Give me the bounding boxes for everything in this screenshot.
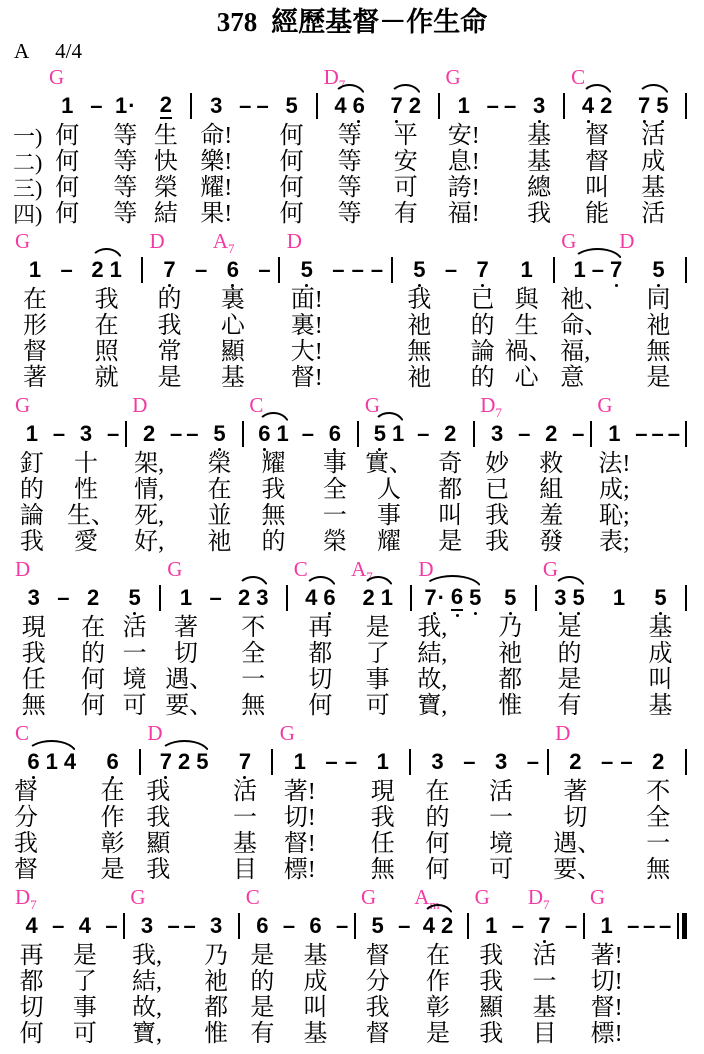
- lyric-char: [350, 996, 359, 1022]
- dash-rest: –: [512, 915, 524, 937]
- lyric-char: 我: [145, 806, 223, 832]
- note-digit: 3: [77, 423, 95, 445]
- lyric-char: [207, 616, 225, 642]
- note-slot: 35: [541, 580, 598, 616]
- note-group: 7: [236, 751, 254, 773]
- lyric-char: [235, 944, 244, 970]
- dash-column: –: [300, 392, 316, 556]
- note-slot: 3: [519, 88, 560, 124]
- lyric-char: [168, 478, 184, 504]
- note-column: 3活一境可: [479, 720, 523, 884]
- note-group: 2: [441, 423, 459, 445]
- lyric-char: [673, 1022, 691, 1048]
- lyric-char: [312, 176, 322, 202]
- chord-slot: [348, 228, 367, 252]
- lyric-char: [350, 970, 359, 996]
- lyric-char: 是: [431, 530, 469, 556]
- chord-slot: [559, 64, 569, 88]
- lyric-char: [406, 616, 416, 642]
- note-group: 6: [224, 259, 242, 281]
- note-slot: 2: [72, 580, 114, 616]
- chord-label: D: [150, 230, 165, 252]
- chord-slot: D: [148, 228, 192, 252]
- chord-slot: [184, 392, 200, 416]
- lyric-char: [186, 124, 196, 150]
- barline-column: [238, 392, 247, 556]
- lyric-char: 著!: [588, 944, 625, 970]
- lyric-char: [579, 944, 588, 970]
- lyric-char: 無: [13, 694, 55, 720]
- lyric-char: [137, 314, 148, 340]
- lyric-char: [367, 340, 386, 366]
- note-column: G35是的是有: [541, 556, 598, 720]
- note-column: 23不全一無: [225, 556, 282, 720]
- note-slot: 72: [378, 88, 434, 124]
- lyric-char: [682, 478, 691, 504]
- note-slot: [680, 252, 691, 288]
- lyric-char: [405, 780, 416, 806]
- dash-column: –: [441, 228, 460, 392]
- barline-column: [549, 228, 560, 392]
- barline: [409, 749, 411, 775]
- chord-slot: [166, 884, 182, 908]
- barline-column: [387, 228, 398, 392]
- note-slot: [137, 252, 148, 288]
- note-digit: 7: [535, 915, 553, 937]
- chord-slot: [88, 64, 105, 88]
- dash-rest: –: [239, 95, 251, 117]
- lyric-char: [549, 314, 560, 340]
- note-slot: 1: [443, 88, 484, 124]
- barline-column: [354, 392, 363, 556]
- lyric-char: 的: [148, 288, 192, 314]
- lyric-char: [274, 366, 285, 392]
- dash-rest: –: [627, 915, 639, 937]
- note-slot: [135, 744, 146, 780]
- dash-rest: –: [332, 259, 344, 281]
- note-slot: 5: [271, 88, 312, 124]
- lyric-char: 的: [541, 642, 598, 668]
- note-digit: 1: [23, 423, 41, 445]
- note-group: 72: [387, 95, 424, 117]
- note-slot: [680, 744, 691, 780]
- note-group: 6: [306, 915, 324, 937]
- lyric-char: 有: [378, 202, 434, 228]
- barline: [685, 257, 687, 283]
- note-group: 7·65: [421, 586, 484, 611]
- dash-column: –: [367, 228, 386, 392]
- chord-slot: [681, 64, 691, 88]
- dash-rest: –: [257, 95, 269, 117]
- barline: [391, 257, 393, 283]
- note-column: 1: [598, 556, 640, 720]
- lyric-char: 祂: [201, 530, 239, 556]
- note-column: C614督分我督: [13, 720, 91, 884]
- lyric-char: 息!: [443, 150, 484, 176]
- note-slot: –: [501, 88, 518, 124]
- lyric-char: [235, 1022, 244, 1048]
- note-column: 5我祂無祂: [397, 228, 441, 392]
- lyric-char: 人: [363, 478, 415, 504]
- chord-slot: [570, 392, 586, 416]
- lyric-char: [650, 478, 666, 504]
- dash-column: –: [570, 392, 586, 556]
- note-slot: [464, 908, 473, 944]
- note-digit: 3: [530, 95, 548, 117]
- lyric-char: 結: [146, 202, 187, 228]
- lyric-char: [387, 366, 398, 392]
- chord-slot: [274, 228, 285, 252]
- chord-slot: [563, 884, 579, 908]
- note-slot: 3: [198, 908, 235, 944]
- dash-rest: –: [463, 751, 475, 773]
- lyric-char: [238, 504, 247, 530]
- lyric-char: 命!: [196, 124, 237, 150]
- lyric-char: 活: [114, 616, 156, 642]
- note-column: D77活一基目: [526, 884, 563, 1048]
- note-slot: –: [441, 252, 460, 288]
- note-digit: 2: [157, 94, 175, 119]
- dash-column: –: [641, 884, 657, 1048]
- lyric-char: 不: [225, 616, 282, 642]
- chord-slot: [121, 392, 130, 416]
- chord-slot: [322, 720, 341, 744]
- lyric-char: 一: [526, 970, 563, 996]
- lyric-char: 我: [148, 314, 192, 340]
- note-slot: [682, 416, 691, 452]
- note-digit: 7: [157, 751, 175, 773]
- dash-rest: –: [336, 915, 348, 937]
- barline: [685, 421, 687, 447]
- note-column: D2著切遇、要、: [553, 720, 597, 884]
- lyric-char: [334, 996, 350, 1022]
- lyric-char: 裏: [211, 288, 255, 314]
- lyric-char: [406, 694, 416, 720]
- lyric-char: 大!: [285, 340, 329, 366]
- chord-slot: [135, 720, 146, 744]
- barline-column: [119, 884, 128, 1048]
- lyric-char: 有: [244, 1022, 281, 1048]
- lyric-char: 境: [114, 668, 156, 694]
- chord-slot: [415, 720, 459, 744]
- note-digit: 5: [210, 423, 228, 445]
- lyric-char: [105, 452, 121, 478]
- chord-slot: A7: [211, 228, 255, 252]
- barline-column: [680, 720, 691, 884]
- note-column: 6事全一榮: [316, 392, 354, 556]
- lyric-char: 切: [13, 996, 50, 1022]
- note-digit: 5: [570, 587, 588, 609]
- chord-slot: [636, 228, 680, 252]
- lyric-char: [543, 832, 554, 858]
- lyric-char: 何: [271, 202, 312, 228]
- note-slot: –: [396, 908, 412, 944]
- barline-column: [559, 64, 569, 228]
- chord-slot: [397, 228, 441, 252]
- lyric-char: [312, 150, 322, 176]
- lyric-char: [415, 530, 431, 556]
- lyric-char: [237, 124, 254, 150]
- note-slot: –: [625, 908, 641, 944]
- note-slot: 1: [473, 908, 510, 944]
- chord-slot: [680, 720, 691, 744]
- lyric-char: [235, 970, 244, 996]
- lyric-char: [657, 970, 673, 996]
- lyric-char: 一): [13, 124, 47, 150]
- lyrics-prefix-column: 一)二)三)四): [13, 64, 47, 228]
- lyric-char: [586, 478, 595, 504]
- dash-rest: –: [283, 915, 295, 937]
- note-group: 3: [207, 915, 225, 937]
- lyric-char: [192, 288, 211, 314]
- note-column: 2不全一無: [636, 720, 680, 884]
- note-slot: 5: [640, 580, 682, 616]
- note-group: 1: [482, 915, 500, 937]
- lyric-char: [354, 478, 363, 504]
- note-group: 6: [103, 751, 121, 773]
- lyric-char: [464, 944, 473, 970]
- barline: [563, 93, 565, 119]
- lyric-char: 目: [223, 858, 267, 884]
- lyric-char: [510, 1022, 526, 1048]
- lyric-char: 我: [397, 288, 441, 314]
- note-slot: –: [105, 416, 121, 452]
- note-group: 3: [428, 751, 446, 773]
- barline: [685, 749, 687, 775]
- lyric-char: [334, 944, 350, 970]
- lyric-char: [334, 1022, 350, 1048]
- lyric-char: [464, 996, 473, 1022]
- octave-dot: [456, 614, 459, 617]
- lyric-char: [666, 504, 682, 530]
- lyric-char: [673, 970, 691, 996]
- note-slot: 1: [13, 416, 51, 452]
- chord-slot: D7: [13, 884, 50, 908]
- note-column: 1與生禍、心: [505, 228, 549, 392]
- lyric-char: [207, 668, 225, 694]
- chord-slot: [329, 228, 348, 252]
- lyric-char: 督!: [588, 996, 625, 1022]
- lyric-char: [516, 504, 532, 530]
- lyric-char: 能: [569, 202, 625, 228]
- note-slot: 7·65: [416, 580, 489, 616]
- lyric-char: 分: [359, 970, 396, 996]
- dash-rest: –: [518, 423, 530, 445]
- lyric-char: 惟: [198, 1022, 235, 1048]
- lyric-char: [207, 642, 225, 668]
- note-group: 725: [157, 751, 212, 773]
- lyric-char: 督: [13, 340, 57, 366]
- note-slot: 1: [165, 580, 207, 616]
- note-digit: 6: [306, 915, 324, 937]
- chord-slot: [682, 392, 691, 416]
- lyric-char: 結,: [128, 970, 165, 996]
- lyric-char: [666, 478, 682, 504]
- note-digit: 1: [177, 587, 195, 609]
- lyric-char: [523, 858, 542, 884]
- lyric-char: [121, 478, 130, 504]
- note-group: 5: [410, 259, 428, 281]
- lyric-char: [348, 366, 367, 392]
- chord-label: G: [15, 230, 30, 252]
- chord-label: C: [246, 886, 260, 908]
- note-digit: 1: [605, 423, 623, 445]
- chord-slot: G: [13, 392, 51, 416]
- note-slot: –: [281, 908, 297, 944]
- lyric-char: 我: [145, 858, 223, 884]
- note-slot: [238, 416, 247, 452]
- note-digit: 7: [635, 95, 653, 117]
- chord-slot: G: [473, 884, 510, 908]
- barline: [286, 585, 288, 611]
- chord-label: C: [571, 66, 585, 88]
- lyric-char: [501, 176, 518, 202]
- barline-column: [680, 228, 691, 392]
- octave-dot: [543, 940, 546, 943]
- lyric-char: [166, 1022, 182, 1048]
- lyric-char: [50, 1022, 66, 1048]
- lyric-char: [300, 504, 316, 530]
- note-column: 1現我任無: [361, 720, 405, 884]
- note-column: G5督分我督: [359, 884, 396, 1048]
- lyric-char: 切!: [588, 970, 625, 996]
- note-digit: 2: [175, 751, 193, 773]
- lyric-char: [182, 996, 198, 1022]
- note-slot: 6: [244, 908, 281, 944]
- note-slot: 3: [13, 580, 55, 616]
- chord-slot: [489, 556, 531, 580]
- lyric-char: [350, 1022, 359, 1048]
- lyric-char: [570, 478, 586, 504]
- lyric-char: 十: [67, 452, 105, 478]
- lyric-char: [396, 996, 412, 1022]
- score-line: D74再都切何–4是了事可–G3我,結,故,寶,––3乃祂都惟C6是的是有–6基…: [13, 884, 691, 1048]
- lyric-char: [254, 150, 271, 176]
- dash-rest: –: [210, 587, 222, 609]
- lyric-char: 生、: [67, 504, 105, 530]
- lyric-char: 何: [415, 832, 459, 858]
- note-digit: 5: [466, 587, 484, 609]
- note-slot: 1: [595, 416, 633, 452]
- note-slot: –: [192, 252, 211, 288]
- lyric-char: 並: [201, 504, 239, 530]
- lyric-char: [597, 780, 616, 806]
- lyric-char: 乃: [198, 944, 235, 970]
- lyric-char: [682, 452, 691, 478]
- lyric-char: 標!: [278, 858, 322, 884]
- note-slot: [434, 88, 444, 124]
- note-slot: 3: [415, 744, 459, 780]
- note-column: D7的我常是: [148, 228, 192, 392]
- lyric-char: 好,: [130, 530, 168, 556]
- lyric-char: 意: [559, 366, 636, 392]
- lyric-char: 何: [47, 150, 88, 176]
- score-line: C614督分我督6在作彰是D725我我顯我7活一基目G1著!切!督!標!––1現…: [13, 720, 691, 884]
- note-digit: 1: [482, 915, 500, 937]
- lyric-char: 切: [292, 668, 349, 694]
- lyric-char: 我: [247, 478, 299, 504]
- lyric-char: [657, 996, 673, 1022]
- lyric-char: [329, 288, 348, 314]
- lyric-char: 要、: [165, 694, 207, 720]
- note-group: 1: [597, 915, 615, 937]
- lyric-char: 顯: [211, 340, 255, 366]
- note-column: 2救組羞發: [532, 392, 570, 556]
- lyric-char: [274, 288, 285, 314]
- octave-dot: [418, 284, 421, 287]
- note-slot: [681, 88, 691, 124]
- dash-column: –: [104, 884, 120, 1048]
- chord-slot: [316, 392, 354, 416]
- note-column: 6在作彰是: [91, 720, 135, 884]
- note-slot: 5: [397, 252, 441, 288]
- lyric-char: [579, 970, 588, 996]
- note-slot: 6: [316, 416, 354, 452]
- chord-slot: [516, 392, 532, 416]
- dash-column: –: [348, 228, 367, 392]
- lyric-char: 全: [316, 478, 354, 504]
- note-column: 5同祂無是: [636, 228, 680, 392]
- lyric-char: 基: [519, 150, 560, 176]
- note-slot: 3: [479, 744, 523, 780]
- lyric-char: 叫: [431, 504, 469, 530]
- lyric-char: [50, 944, 66, 970]
- note-slot: [354, 416, 363, 452]
- note-slot: –: [348, 252, 367, 288]
- lyric-char: [543, 858, 554, 884]
- lyric-char: [460, 806, 479, 832]
- lyric-char: 是: [541, 616, 598, 642]
- barline-column: [135, 720, 146, 884]
- chord-label: D: [619, 230, 634, 252]
- note-slot: –: [666, 416, 682, 452]
- lyric-char: [597, 832, 616, 858]
- note-group: 3: [207, 95, 225, 117]
- lyric-char: [51, 452, 67, 478]
- lyric-char: 在: [91, 780, 135, 806]
- note-digit: 6: [448, 586, 466, 611]
- chord-slot: [271, 64, 312, 88]
- note-column: C46再都切何: [292, 556, 349, 720]
- octave-dot: [32, 776, 35, 779]
- dash-rest: –: [620, 751, 632, 773]
- lyric-char: 現: [361, 780, 405, 806]
- lyric-char: [155, 642, 165, 668]
- octave-dot: [615, 284, 618, 287]
- note-digit: 1: [58, 95, 76, 117]
- note-group: 5: [651, 587, 669, 609]
- note-slot: 614: [13, 744, 91, 780]
- note-slot: –: [104, 908, 120, 944]
- dash-rest: –: [195, 259, 207, 281]
- note-slot: 4: [66, 908, 103, 944]
- note-slot: 7: [526, 908, 563, 944]
- lyric-char: 是: [244, 996, 281, 1022]
- note-slot: [119, 908, 128, 944]
- note-group: 5: [125, 587, 143, 609]
- lyric-char: [341, 832, 360, 858]
- note-slot: 75: [625, 88, 681, 124]
- lyric-char: 著: [553, 780, 597, 806]
- lyric-char: [406, 668, 416, 694]
- barline-column: [681, 64, 691, 228]
- lyric-char: [680, 288, 691, 314]
- dash-rest: –: [659, 915, 671, 937]
- chord-slot: [579, 884, 588, 908]
- note-digit: 6: [326, 423, 344, 445]
- note-column: Am42在作彰是: [412, 884, 463, 1048]
- note-slot: [121, 416, 130, 452]
